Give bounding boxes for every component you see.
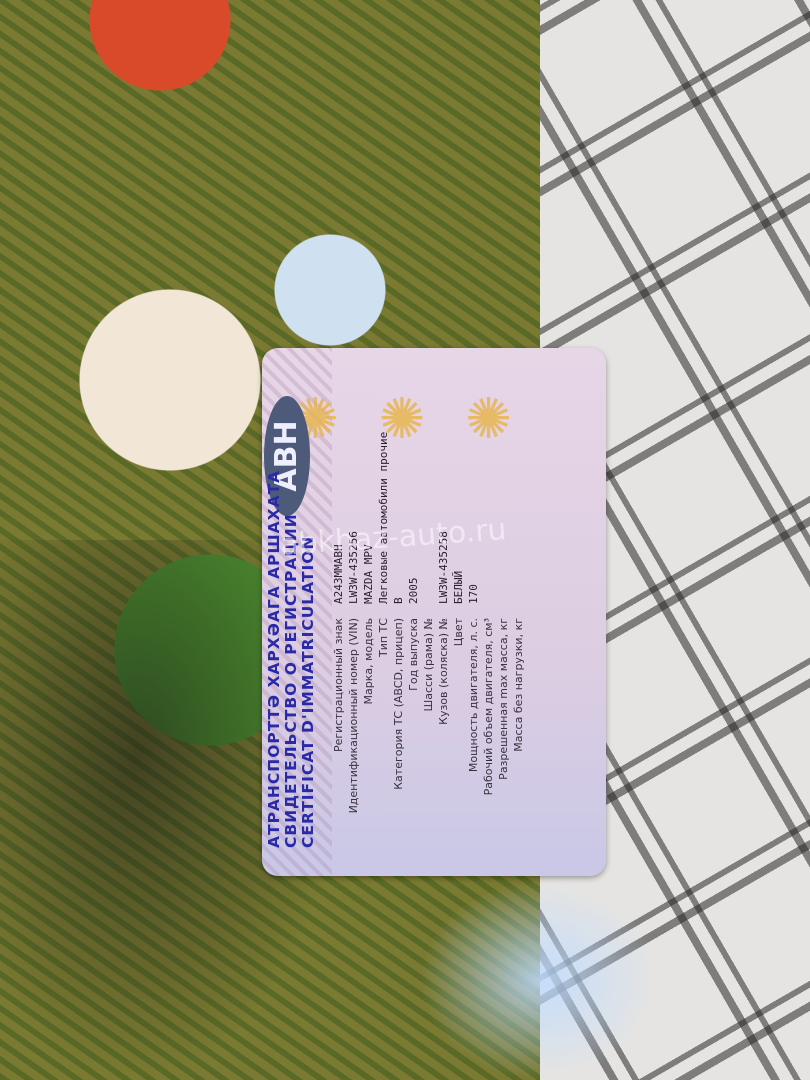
field-label: Год выпуска xyxy=(407,604,422,848)
field-row: Регистрационный знакА243ММАВН xyxy=(332,368,347,848)
field-label: Категория ТС (ABCD, прицеп) xyxy=(392,604,407,848)
field-row: Марка, модельMAZDA MPV xyxy=(362,368,377,848)
light-glare xyxy=(420,880,660,1080)
field-label: Марка, модель xyxy=(362,604,377,848)
field-label: Идентификационный номер (VIN) xyxy=(347,604,362,848)
field-row: Мощность двигателя, л. с.170 xyxy=(467,368,482,848)
field-value: В xyxy=(392,597,407,604)
card-fields: Регистрационный знакА243ММАВНИдентификац… xyxy=(332,368,527,848)
field-label: Регистрационный знак xyxy=(332,604,347,848)
field-label: Кузов (коляска) № xyxy=(437,604,452,848)
field-label: Масса без нагрузки, кг xyxy=(512,604,527,848)
field-label: Рабочий объем двигателя, см³ xyxy=(482,604,497,848)
header-line: АТРАНСПОРТТӘ ХАРХӘАГА АРШАХАТА xyxy=(266,470,283,848)
field-value: БЕЛЫЙ xyxy=(452,571,467,604)
registration-certificate-card: ✺ ✺ ✺ АВН АТРАНСПОРТТӘ ХАРХӘАГА АРШАХАТА… xyxy=(262,348,606,876)
field-row: Категория ТС (ABCD, прицеп)В xyxy=(392,368,407,848)
field-row: Кузов (коляска) №LW3W-435258 xyxy=(437,368,452,848)
field-row: Тип ТСЛегковые автомобили прочие xyxy=(377,368,392,848)
field-label: Цвет xyxy=(452,604,467,848)
field-value: Легковые автомобили прочие xyxy=(377,432,392,604)
field-label: Мощность двигателя, л. с. xyxy=(467,604,482,848)
field-row: Шасси (рама) № xyxy=(422,368,437,848)
card-text-rotated: АВН АТРАНСПОРТТӘ ХАРХӘАГА АРШАХАТА СВИДЕ… xyxy=(262,348,606,876)
field-row: Идентификационный номер (VIN)LW3W-435256 xyxy=(347,368,362,848)
field-row: Год выпуска2005 xyxy=(407,368,422,848)
field-row: Разрешенная max масса, кг xyxy=(497,368,512,848)
field-row: Масса без нагрузки, кг xyxy=(512,368,527,848)
field-label: Тип ТС xyxy=(377,604,392,848)
field-label: Разрешенная max масса, кг xyxy=(497,604,512,848)
field-value: 2005 xyxy=(407,578,422,605)
field-label: Шасси (рама) № xyxy=(422,604,437,848)
field-value: 170 xyxy=(467,584,482,604)
field-row: Рабочий объем двигателя, см³ xyxy=(482,368,497,848)
field-row: ЦветБЕЛЫЙ xyxy=(452,368,467,848)
